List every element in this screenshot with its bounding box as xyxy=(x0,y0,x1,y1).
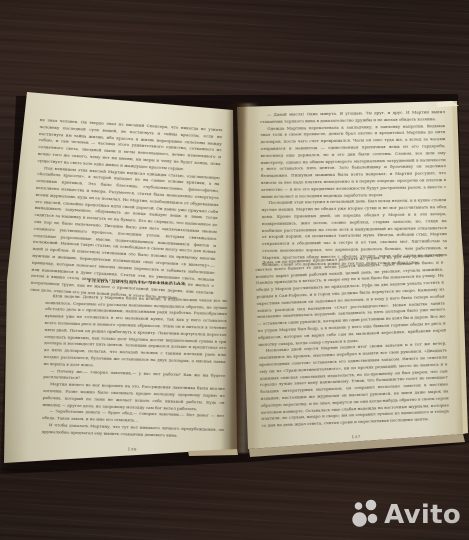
book-text-paragraph: Дома он по-прежнему продолжал работать п… xyxy=(255,252,446,348)
avito-brand-text: Avito xyxy=(384,502,461,528)
book-spine-gutter xyxy=(221,103,259,453)
book-photo: не знал человек. Он твердо знал из писан… xyxy=(0,0,469,540)
book-text-paragraph: Шли недели. Деньги у Мартина были на исх… xyxy=(43,293,227,373)
right-page-text-upper: — Давай мысль! Одна минута. Я угощаю. Ты… xyxy=(260,109,447,268)
left-page-text-upper: не знал человек. Он твердо знал из писан… xyxy=(30,117,223,304)
avito-logo-icon xyxy=(351,499,381,530)
book-text-paragraph: Одежда Мартина перекочевала к закладчику… xyxy=(260,123,446,201)
book-text-paragraph: Несколько дней спустя Мартин подвел итог… xyxy=(259,341,450,430)
left-page-text-lower: ГЛАВА ДВАДЦАТЬ ЧЕТВЕРТАЯ Шли недели. Ден… xyxy=(41,278,228,455)
avito-watermark: Avito xyxy=(351,499,461,530)
right-page-text-lower: Дома он по-прежнему продолжал работать п… xyxy=(255,252,450,444)
